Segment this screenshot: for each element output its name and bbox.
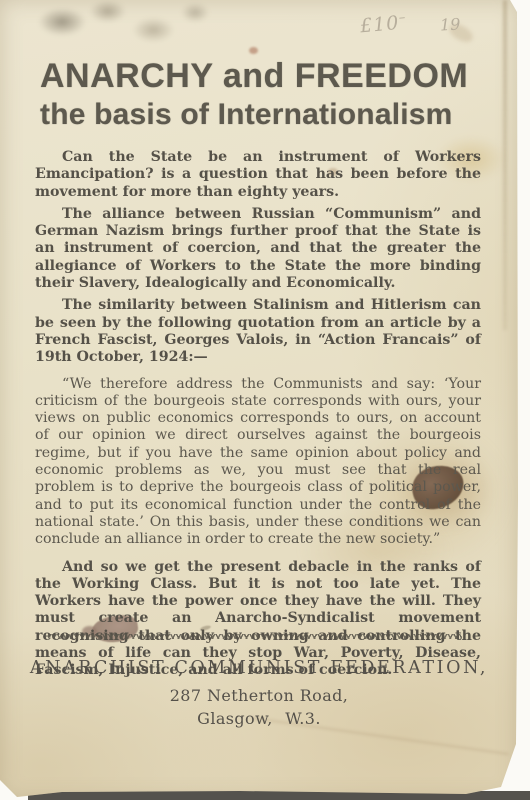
pencil-price-annotation: £10–	[359, 10, 408, 37]
pencil-price-value: £10	[359, 12, 400, 37]
address-street: 287 Netherton Road,	[0, 686, 518, 705]
paragraph-valois-quotation: “We therefore address the Communists and…	[35, 376, 481, 549]
title-line-2: the basis of Internationalism	[40, 98, 488, 131]
pencil-price-dash: –	[398, 10, 407, 26]
scanned-leaflet: £10– 19 ANARCHY and FREEDOM the basis of…	[0, 0, 530, 800]
pencil-number-annotation: 19	[440, 14, 461, 34]
paragraph-similarity: The similarity between Stalinism and Hit…	[35, 297, 481, 366]
organisation-name: ANARCHIST COMMUNIST FEDERATION,	[0, 658, 518, 679]
title-line-1: ANARCHY and FREEDOM	[40, 58, 488, 95]
paper-crease-right	[503, 0, 507, 330]
address-city: Glasgow, W.3.	[0, 709, 518, 728]
leaflet-title: ANARCHY and FREEDOM the basis of Interna…	[40, 58, 488, 131]
paragraph-alliance: The alliance between Russian “Communism”…	[35, 206, 481, 292]
rope-divider	[48, 634, 462, 639]
imprint-footer: ANARCHIST COMMUNIST FEDERATION, 287 Neth…	[0, 658, 518, 728]
leaflet-body: Can the State be an instrument of Worker…	[35, 149, 481, 685]
paragraph-state-question: Can the State be an instrument of Worker…	[35, 149, 481, 201]
